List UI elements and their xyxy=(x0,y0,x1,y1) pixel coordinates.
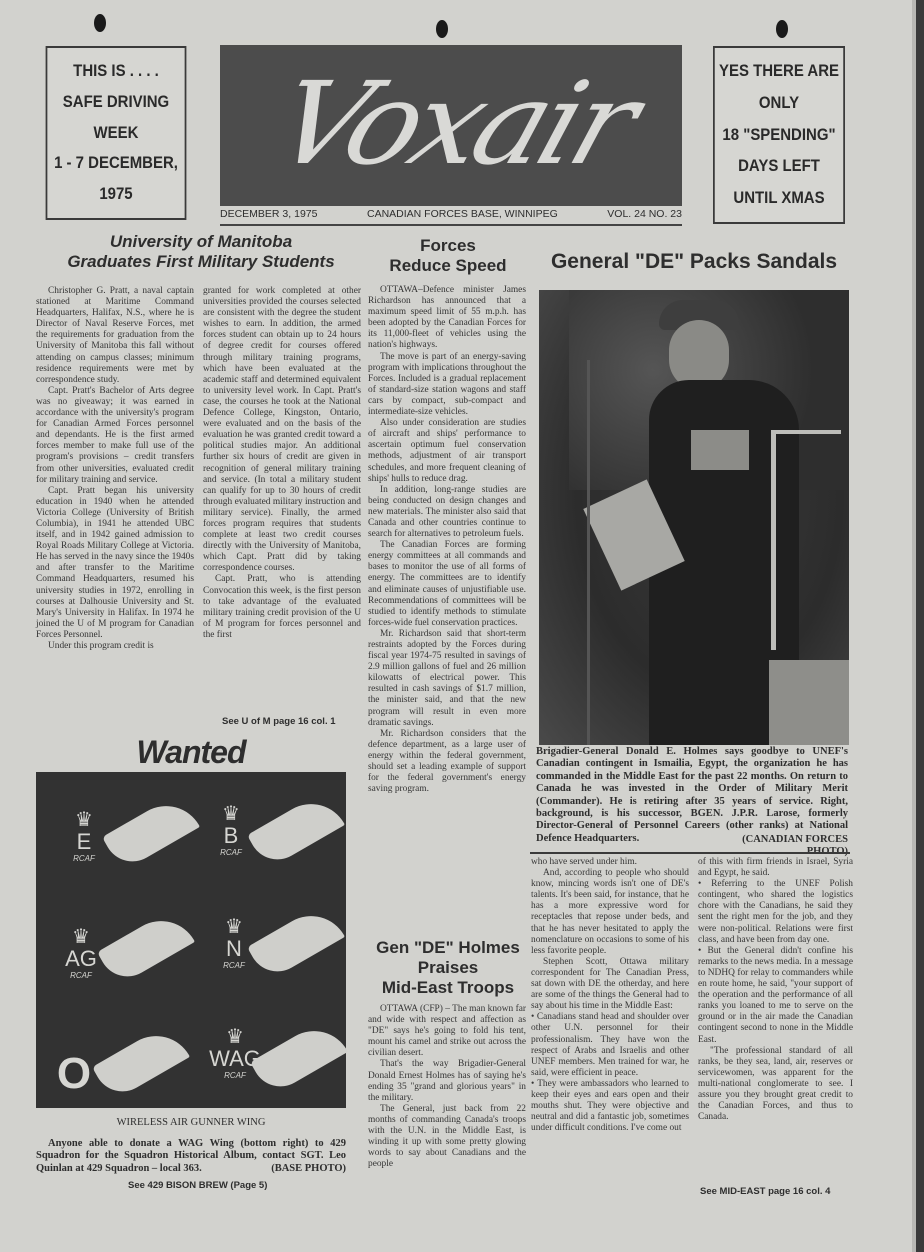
crown-icon: ♛ xyxy=(64,810,104,830)
badge-n: ♛ N RCAF xyxy=(214,917,254,970)
badge-ag: ♛ AG RCAF xyxy=(58,927,104,980)
badge-label: RCAF xyxy=(58,971,104,980)
paragraph: • They were ambassadors who learned to k… xyxy=(531,1079,689,1134)
see-more-link[interactable]: See MID-EAST page 16 col. 4 xyxy=(700,1186,830,1197)
wing-icon xyxy=(97,907,195,987)
paragraph: Also under consideration are studies of … xyxy=(368,418,526,485)
headline-line: University of Manitoba xyxy=(36,232,366,252)
crown-icon: ♛ xyxy=(58,927,104,947)
badge-letter: B xyxy=(211,824,251,848)
speed-headline: Forces Reduce Speed xyxy=(368,236,528,275)
box-line: ONLY xyxy=(759,94,799,113)
base-name: CANADIAN FORCES BASE, WINNIPEG xyxy=(367,208,558,220)
box-line: YES THERE ARE xyxy=(719,62,839,81)
paragraph: Capt. Pratt, who is attending Convocatio… xyxy=(203,574,361,641)
paragraph: Christopher G. Pratt, a naval captain st… xyxy=(36,286,194,386)
wing-icon xyxy=(92,1022,190,1102)
safe-driving-box: THIS IS . . . . SAFE DRIVING WEEK 1 - 7 … xyxy=(46,46,187,220)
paragraph: • Canadians stand head and shoulder over… xyxy=(531,1012,689,1079)
badge-o: O xyxy=(54,1050,94,1098)
punch-hole xyxy=(776,20,788,38)
box-line: UNTIL XMAS xyxy=(733,189,824,208)
photo-floor xyxy=(769,660,849,745)
photo-credit: (CANADIAN FORCES PHOTO) xyxy=(700,834,848,859)
paragraph: Mr. Richardson considers that the defenc… xyxy=(368,729,526,796)
paragraph: Under this program credit is xyxy=(36,641,194,652)
paragraph: That's the way Brigadier-General Donald … xyxy=(368,1059,526,1103)
newspaper-page: THIS IS . . . . SAFE DRIVING WEEK 1 - 7 … xyxy=(0,0,916,1252)
box-line: SAFE DRIVING xyxy=(63,93,169,112)
photo-railing xyxy=(771,430,841,434)
photo-railing xyxy=(771,430,776,650)
paragraph: And, according to people who should know… xyxy=(531,868,689,957)
photo-medals xyxy=(691,430,749,470)
box-line: 1975 xyxy=(99,185,132,204)
university-headline: University of Manitoba Graduates First M… xyxy=(36,232,366,271)
university-column-2: granted for work completed at other univ… xyxy=(203,286,361,641)
paragraph: • But the General didn't confine his rem… xyxy=(698,946,853,1046)
badge-e: ♛ E RCAF xyxy=(64,810,104,863)
crown-icon: ♛ xyxy=(208,1027,262,1047)
badge-label: RCAF xyxy=(208,1071,262,1080)
wanted-headline: Wanted xyxy=(36,734,346,771)
paragraph: Capt. Pratt's Bachelor of Arts degree wa… xyxy=(36,386,194,486)
paragraph: granted for work completed at other univ… xyxy=(203,286,361,574)
paragraph: The move is part of an energy-saving pro… xyxy=(368,352,526,419)
issue-date: DECEMBER 3, 1975 xyxy=(220,208,317,220)
wanted-photo-caption: WIRELESS AIR GUNNER WING xyxy=(36,1117,346,1129)
holmes-column-1: OTTAWA (CFP) – The man known far and wid… xyxy=(368,1004,526,1170)
badge-label: RCAF xyxy=(214,961,254,970)
masthead-logo: Voxair xyxy=(261,68,645,182)
paragraph: • Referring to the UNEF Polish contingen… xyxy=(698,879,853,946)
photo-caption: Brigadier-General Donald E. Holmes says … xyxy=(536,746,848,845)
headline-line: Praises xyxy=(368,958,528,978)
badge-letter: O xyxy=(54,1050,94,1098)
box-line: DAYS LEFT xyxy=(738,157,820,176)
holmes-headline: Gen "DE" Holmes Praises Mid-East Troops xyxy=(368,938,528,998)
badge-letter: AG xyxy=(58,947,104,971)
wing-icon xyxy=(102,792,200,872)
university-column-1: Christopher G. Pratt, a naval captain st… xyxy=(36,286,194,652)
see-more-link[interactable]: See 429 BISON BREW (Page 5) xyxy=(128,1180,267,1191)
paragraph: who have served under him. xyxy=(531,857,689,868)
headline-line: Mid-East Troops xyxy=(368,978,528,998)
general-headline: General "DE" Packs Sandals xyxy=(536,250,852,274)
volume-number: VOL. 24 NO. 23 xyxy=(607,208,682,220)
box-line: WEEK xyxy=(94,124,139,143)
section-divider xyxy=(530,852,850,854)
paragraph: The Canadian Forces are forming energy c… xyxy=(368,540,526,629)
box-line: 1 - 7 DECEMBER, xyxy=(54,154,178,173)
rcaf-wings-photo: ♛ E RCAF ♛ B RCAF ♛ AG RCAF ♛ N RCAF O xyxy=(36,772,346,1108)
paragraph: Capt. Pratt began his university educati… xyxy=(36,486,194,641)
holmes-column-2: who have served under him. And, accordin… xyxy=(531,857,689,1134)
badge-letter: E xyxy=(64,830,104,854)
box-line: 18 "SPENDING" xyxy=(722,126,835,145)
headline-line: Graduates First Military Students xyxy=(36,252,366,272)
punch-hole xyxy=(436,20,448,38)
wanted-photo-credit: (BASE PHOTO) xyxy=(246,1163,346,1175)
photo-microphone-stand xyxy=(587,360,590,745)
paragraph: Mr. Richardson said that short-term rest… xyxy=(368,629,526,729)
paragraph: OTTAWA–Defence minister James Richardson… xyxy=(368,285,526,352)
page-edge xyxy=(916,0,924,1252)
speed-column: OTTAWA–Defence minister James Richardson… xyxy=(368,285,526,795)
holmes-column-3: of this with firm friends in Israel, Syr… xyxy=(698,857,853,1123)
punch-hole xyxy=(94,14,106,32)
wing-icon xyxy=(250,1017,348,1097)
see-more-link[interactable]: See U of M page 16 col. 1 xyxy=(222,716,336,727)
headline-line: Reduce Speed xyxy=(368,256,528,276)
spending-days-box: YES THERE ARE ONLY 18 "SPENDING" DAYS LE… xyxy=(713,46,845,224)
crown-icon: ♛ xyxy=(214,917,254,937)
general-photo xyxy=(539,290,849,745)
crown-icon: ♛ xyxy=(211,804,251,824)
paragraph: of this with firm friends in Israel, Syr… xyxy=(698,857,853,879)
masthead-info-bar: DECEMBER 3, 1975 CANADIAN FORCES BASE, W… xyxy=(220,208,682,226)
paragraph: Stephen Scott, Ottawa military correspon… xyxy=(531,957,689,1012)
wing-icon xyxy=(247,790,345,870)
paragraph: OTTAWA (CFP) – The man known far and wid… xyxy=(368,1004,526,1059)
badge-b: ♛ B RCAF xyxy=(211,804,251,857)
masthead-logo-panel: Voxair xyxy=(220,45,682,206)
wing-icon xyxy=(247,902,345,982)
headline-line: Gen "DE" Holmes xyxy=(368,938,528,958)
badge-label: RCAF xyxy=(211,848,251,857)
badge-label: RCAF xyxy=(64,854,104,863)
badge-wag: ♛ WAG RCAF xyxy=(208,1027,262,1080)
paragraph: In addition, long-range studies are bein… xyxy=(368,485,526,540)
paragraph: "The professional standard of all ranks,… xyxy=(698,1046,853,1124)
box-line: THIS IS . . . . xyxy=(73,62,159,81)
headline-line: Forces xyxy=(368,236,528,256)
paragraph: The General, just back from 22 months of… xyxy=(368,1104,526,1171)
